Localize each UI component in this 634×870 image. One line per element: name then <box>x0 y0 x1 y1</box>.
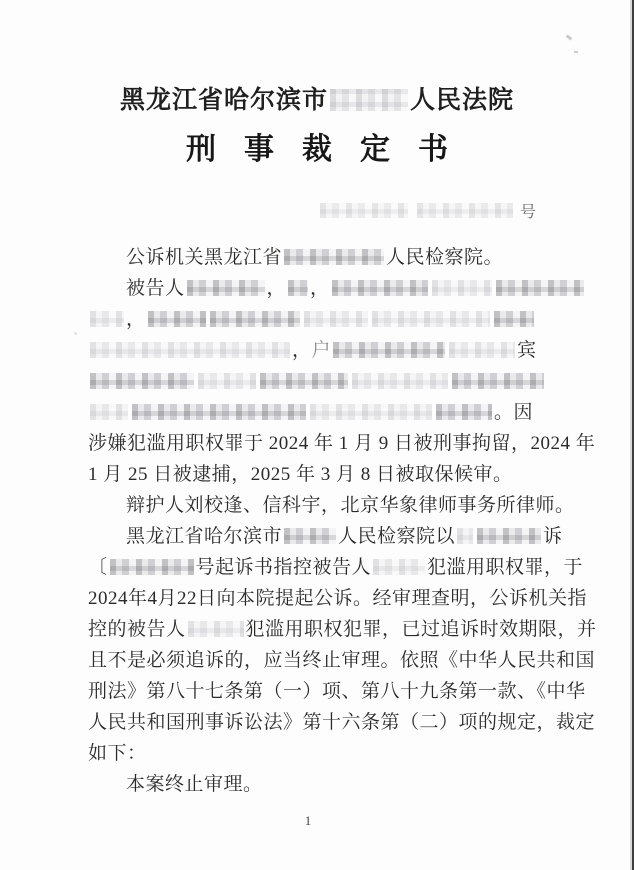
redaction-block <box>494 311 534 327</box>
line-text: 犯滥用职权犯罪，已过追诉时效期限，并 <box>246 619 597 640</box>
redaction-block <box>132 404 306 420</box>
redaction-block <box>188 621 244 637</box>
scan-speck <box>566 34 573 40</box>
redaction-block <box>288 280 308 296</box>
redaction-block <box>352 373 448 389</box>
line-text: 犯滥用职权罪，于 <box>427 557 583 578</box>
redaction-block <box>436 404 492 420</box>
redaction-block <box>210 311 300 327</box>
redaction-block <box>332 280 428 296</box>
redaction-block <box>304 311 368 327</box>
document-line: 1 月 25 日被逮捕，2025 年 3 月 8 日被取保候审。 <box>88 459 558 490</box>
line-text: 2024年4月22日向本院提起公诉。经审理查明，公诉机关指 <box>88 588 587 609</box>
redaction-block <box>187 280 265 296</box>
document-body: 公诉机关黑龙江省人民检察院。被告人，，，，户宾。因涉嫌犯滥用职权罪于 2024 … <box>88 242 558 800</box>
document-line: 刑法》第八十七条第（一）项、第八十九条第一款、《中华 <box>88 676 558 707</box>
page-number: 1 <box>0 813 616 829</box>
redaction-block <box>110 559 194 575</box>
redaction-block <box>330 89 408 111</box>
line-text: 涉嫌犯滥用职权罪于 2024 年 1 月 9 日被刑事拘留，2024 年 <box>88 433 595 454</box>
document-line: 本案终止审理。 <box>88 769 558 800</box>
redaction-block <box>417 203 513 218</box>
redaction-block <box>457 528 473 544</box>
line-text: 宾 <box>517 340 537 361</box>
line-text: 。因 <box>494 402 533 423</box>
court-name-line: 黑龙江省哈尔滨市人民法院 <box>0 80 634 116</box>
redaction-block <box>284 528 336 544</box>
redaction-block <box>90 404 128 420</box>
scan-speck <box>574 51 578 54</box>
line-text: 本案终止审理。 <box>126 774 263 795</box>
scanned-document-page: 黑龙江省哈尔滨市人民法院 刑事裁定书 号 公诉机关黑龙江省人民检察院。被告人，，… <box>0 0 634 870</box>
line-text: 人民共和国刑事诉讼法》第十六条第（二）项的规定，裁定 <box>88 712 595 733</box>
case-number-suffix: 号 <box>520 199 536 222</box>
document-title: 刑事裁定书 <box>0 124 634 168</box>
line-text: 人民检察院。 <box>386 247 503 268</box>
line-text: 黑龙江省哈尔滨市 <box>126 526 282 547</box>
redaction-block <box>496 280 584 296</box>
line-text: 控的被告人 <box>88 619 186 640</box>
document-line: 公诉机关黑龙江省人民检察院。 <box>88 242 558 273</box>
line-text: ， <box>292 340 312 361</box>
document-line: 。因 <box>88 397 558 428</box>
document-line <box>88 366 558 397</box>
line-text: ， <box>267 278 287 299</box>
document-line: ，户宾 <box>88 335 558 366</box>
redaction-block <box>148 311 206 327</box>
redaction-block <box>198 373 256 389</box>
line-text: 号起诉书指控被告人 <box>196 557 372 578</box>
document-line: 辩护人刘校逢、信科宇，北京华象律师事务所律师。 <box>88 490 558 521</box>
line-text: 被告人 <box>126 278 185 299</box>
court-name-prefix: 黑龙江省哈尔滨市 <box>120 87 328 114</box>
document-line: 控的被告人犯滥用职权犯罪，已过追诉时效期限，并 <box>88 614 558 645</box>
court-name-suffix: 人民法院 <box>410 87 514 114</box>
redaction-block <box>372 311 490 327</box>
line-text: 诉 <box>543 526 563 547</box>
document-line: 涉嫌犯滥用职权罪于 2024 年 1 月 9 日被刑事拘留，2024 年 <box>88 428 558 459</box>
line-text: 人民检察院以 <box>338 526 455 547</box>
case-number-line: 号 <box>318 200 536 220</box>
document-line: 黑龙江省哈尔滨市人民检察院以诉 <box>88 521 558 552</box>
document-line: 〔号起诉书指控被告人犯滥用职权罪，于 <box>88 552 558 583</box>
redaction-block <box>373 559 425 575</box>
redaction-block <box>284 249 384 265</box>
line-text: ， <box>310 278 330 299</box>
document-line: ， <box>88 304 558 335</box>
line-text: 公诉机关黑龙江省 <box>126 247 282 268</box>
line-text: 1 月 25 日被逮捕，2025 年 3 月 8 日被取保候审。 <box>88 464 513 485</box>
redaction-block <box>477 528 541 544</box>
redaction-block <box>432 280 492 296</box>
scan-speck <box>74 332 77 335</box>
line-text: 刑法》第八十七条第（一）项、第八十九条第一款、《中华 <box>88 681 586 702</box>
document-line: 如下： <box>88 738 558 769</box>
redaction-block <box>333 342 445 358</box>
redaction-block <box>452 373 544 389</box>
redaction-block <box>449 342 515 358</box>
redaction-block <box>90 373 194 389</box>
redaction-block <box>310 404 432 420</box>
document-line: 被告人，， <box>88 273 558 304</box>
faint-text: 户 <box>312 340 332 361</box>
line-text: ， <box>126 309 146 330</box>
document-line: 且不是必须追诉的，应当终止审理。依照《中华人民共和国 <box>88 645 558 676</box>
document-line: 人民共和国刑事诉讼法》第十六条第（二）项的规定，裁定 <box>88 707 558 738</box>
redaction-block <box>90 311 124 327</box>
document-line: 2024年4月22日向本院提起公诉。经审理查明，公诉机关指 <box>88 583 558 614</box>
redaction-block <box>90 342 290 358</box>
line-text: 辩护人刘校逢、信科宇，北京华象律师事务所律师。 <box>126 495 575 516</box>
line-text: 〔 <box>88 557 108 578</box>
line-text: 且不是必须追诉的，应当终止审理。依照《中华人民共和国 <box>88 650 595 671</box>
redaction-block <box>320 203 408 218</box>
redaction-block <box>260 373 348 389</box>
line-text: 如下： <box>88 743 147 764</box>
